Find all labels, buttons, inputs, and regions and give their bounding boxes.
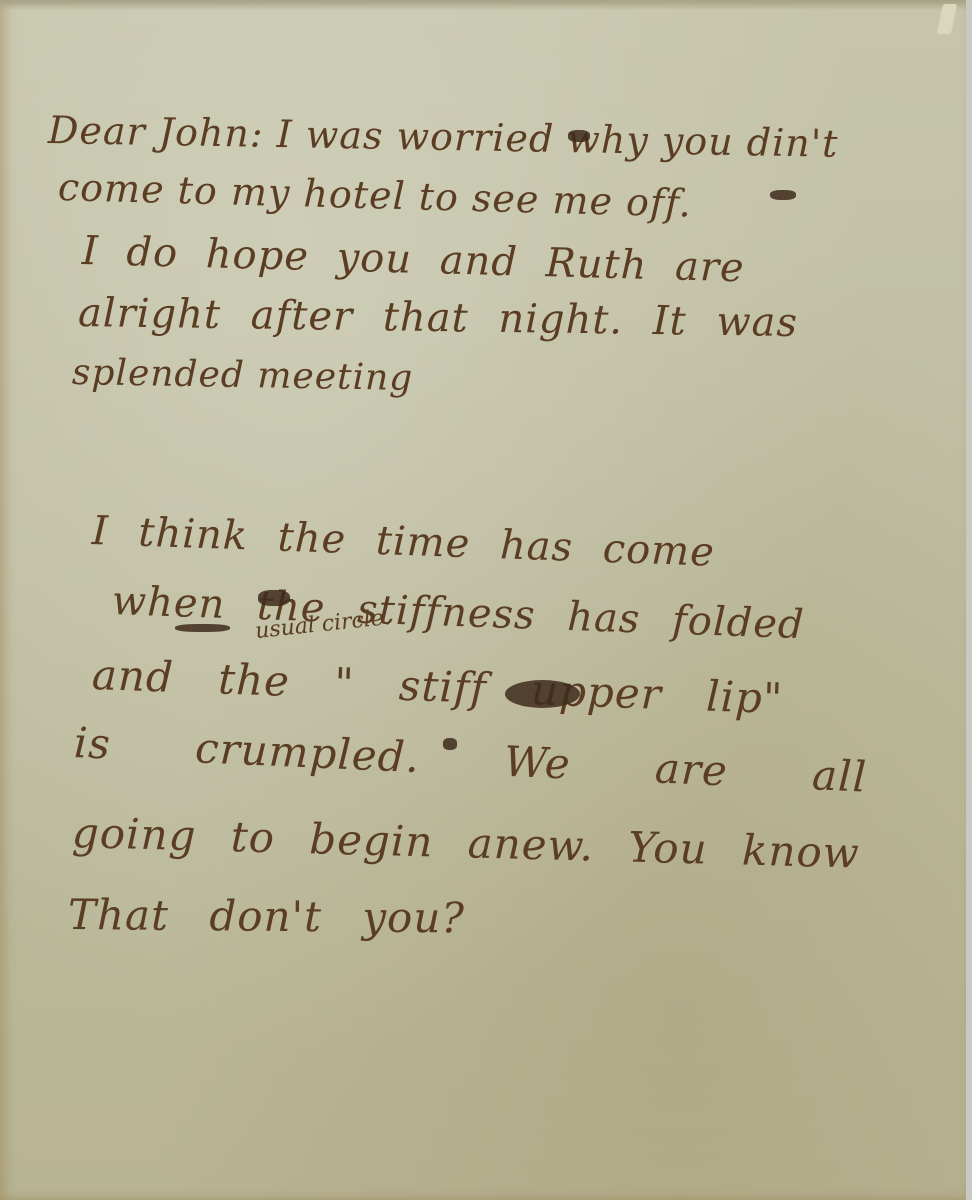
letter-line: is crumpled. We are all — [73, 718, 868, 802]
crossed-out-word — [505, 680, 580, 708]
letter-line: splended meeting — [72, 352, 414, 399]
crossed-out-word — [568, 130, 590, 142]
crossed-out-word — [175, 624, 230, 632]
letter-line: I think the time has come — [91, 508, 715, 576]
crossed-out-word — [258, 590, 290, 606]
letter-line: when the stiffness has folded — [111, 578, 805, 648]
letter-line: Dear John: I was worried why you din't — [48, 108, 839, 166]
letter-line: I do hope you and Ruth are — [81, 228, 745, 291]
crossed-out-word — [770, 190, 796, 200]
background-strip — [966, 0, 972, 1200]
letter-line: alright after that night. It was — [78, 290, 799, 346]
asterisk-mark — [443, 738, 457, 750]
letter-paper: Dear John: I was worried why you din't c… — [0, 0, 972, 1200]
paper-top-edge — [0, 0, 972, 10]
letter-line: and the " stiff upper lip" — [91, 650, 784, 723]
letter-line: come to my hotel to see me off. — [57, 165, 692, 226]
letter-line: going to begin anew. You know — [71, 808, 860, 878]
letter-line: That don't you? — [68, 890, 465, 942]
